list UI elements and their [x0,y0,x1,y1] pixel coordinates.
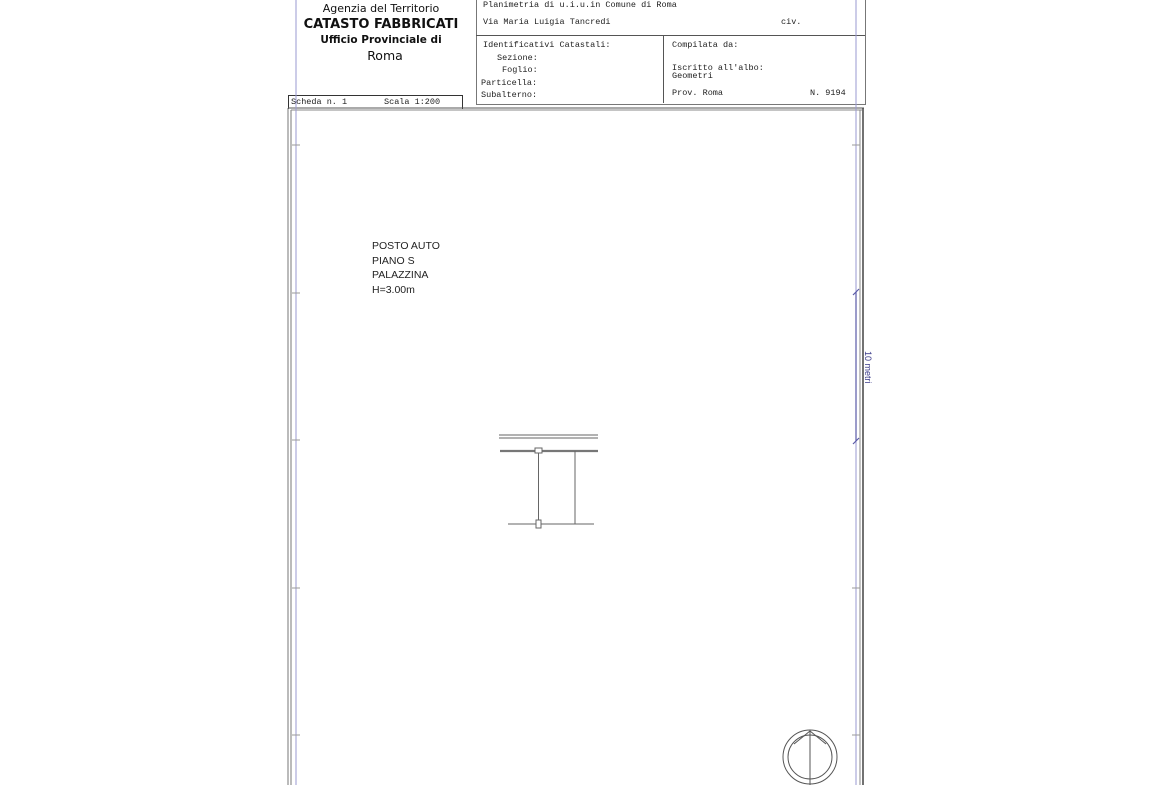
plan-label-line: H=3.00m [372,283,440,298]
scale-bar-label: 10 metri [863,351,873,384]
scale-bar [853,289,859,444]
plan-label-line: POSTO AUTO [372,239,440,254]
plan-label-line: PALAZZINA [372,268,440,283]
plan-structure [499,435,598,528]
plan-label: POSTO AUTO PIANO S PALAZZINA H=3.00m [372,239,440,298]
plan-drawing: 10 metri [0,0,1170,785]
north-arrow-icon [783,730,837,785]
plan-label-line: PIANO S [372,254,440,269]
